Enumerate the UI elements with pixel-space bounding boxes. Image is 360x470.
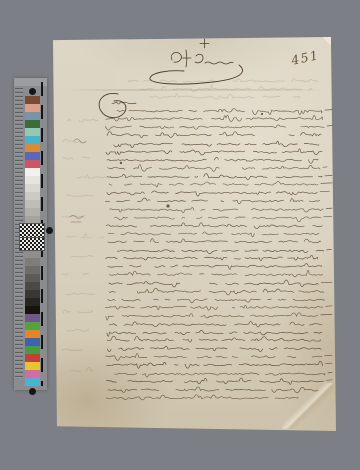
color-patch xyxy=(25,378,40,386)
color-patch xyxy=(25,266,40,274)
color-patch xyxy=(25,354,40,362)
color-patch xyxy=(25,184,40,192)
color-patch xyxy=(25,152,40,160)
color-patch xyxy=(25,362,40,370)
color-patch xyxy=(25,136,40,144)
color-patch xyxy=(25,338,40,346)
paper-crease xyxy=(64,89,324,91)
color-patch xyxy=(25,128,40,136)
color-patch xyxy=(25,168,40,176)
resolution-checker xyxy=(20,224,44,238)
color-patch xyxy=(25,330,40,338)
color-patch xyxy=(25,176,40,184)
color-patch xyxy=(25,370,40,378)
resolution-checker xyxy=(20,238,44,250)
color-patch xyxy=(25,322,40,330)
color-patch xyxy=(25,200,40,208)
color-patch xyxy=(25,346,40,354)
color-patch xyxy=(25,250,40,258)
color-patch xyxy=(25,144,40,152)
corner-fold xyxy=(323,37,336,49)
target-sections xyxy=(25,86,40,396)
color-patch xyxy=(25,112,40,120)
corner-crease xyxy=(282,383,334,429)
color-patch xyxy=(25,160,40,168)
color-patch xyxy=(25,306,40,314)
color-patch xyxy=(25,208,40,216)
color-patch xyxy=(25,314,40,322)
manuscript-page xyxy=(53,37,336,431)
color-patch xyxy=(25,96,40,104)
color-patch xyxy=(25,298,40,306)
color-patch xyxy=(25,274,40,282)
color-patch xyxy=(25,192,40,200)
registration-dot xyxy=(25,86,40,96)
color-patch xyxy=(25,216,40,224)
color-patch xyxy=(25,258,40,266)
color-patch xyxy=(25,104,40,112)
registration-dot xyxy=(25,386,40,396)
photo-stage: 451 xyxy=(0,0,360,470)
color-patch xyxy=(25,282,40,290)
calibration-target xyxy=(14,78,47,390)
color-patch xyxy=(25,290,40,298)
color-patch xyxy=(25,120,40,128)
